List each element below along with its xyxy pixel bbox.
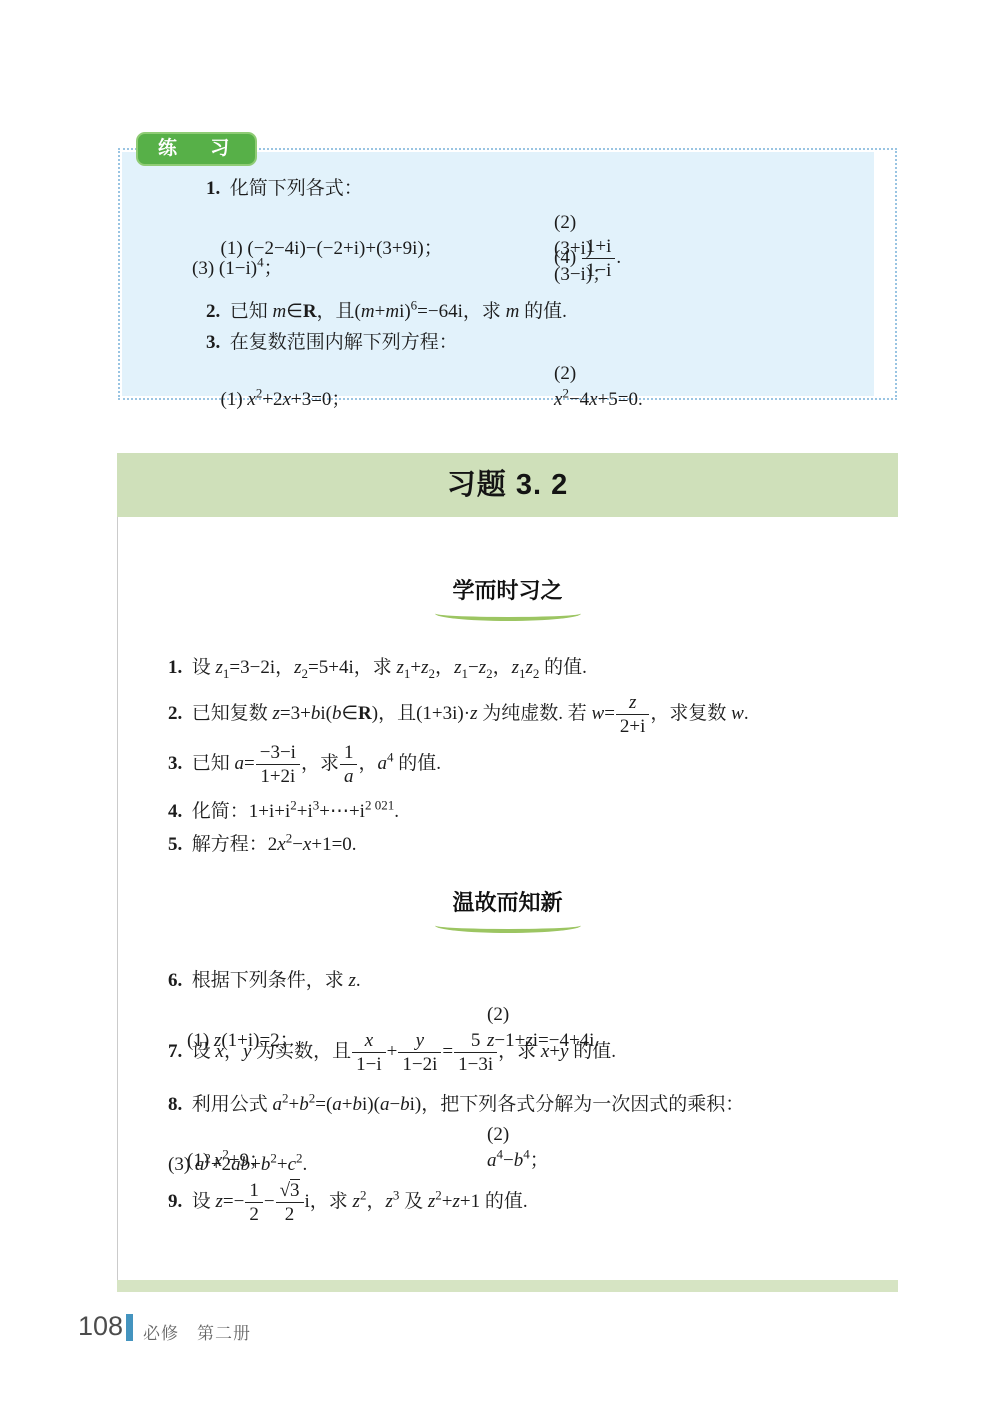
practice-problem-3-item-2: (2) x2−4x+5=0.: [554, 361, 643, 413]
footer-divider: [126, 1314, 133, 1341]
problem-1: 1. 设 z1=3−2i，z2=5+4i，求 z1+z2，z1−z2，z1z2 …: [168, 655, 587, 681]
section-bottom-bar: [117, 1280, 898, 1292]
practice-box: 练 习 1. 化简下列各式： (1) (−2−4i)−(−2+i)+(3+9i)…: [118, 148, 897, 400]
practice-problem-1-item-4: (4) 1+i1−i.: [554, 236, 621, 281]
problem-5: 5. 解方程：2x2−x+1=0.: [168, 832, 357, 858]
practice-label-tab: 练 习: [136, 132, 257, 166]
section-label-review-text: 温故而知新: [452, 890, 562, 915]
problem-6-stem: 6. 根据下列条件，求 z.: [168, 968, 361, 994]
book-title: 必修 第二册: [143, 1319, 251, 1344]
problem-2: 2. 已知复数 z=3+bi(b∈R)，且(1+3i)·z 为纯虚数. 若 w=…: [168, 692, 749, 737]
swoosh-underline-icon: [435, 918, 581, 933]
textbook-page: 练 习 1. 化简下列各式： (1) (−2−4i)−(−2+i)+(3+9i)…: [0, 0, 1000, 1422]
practice-problem-1-stem: 1. 化简下列各式：: [206, 176, 363, 202]
problem-9: 9. 设 z=−12−√32i，求 z2，z3 及 z2+z+1 的值.: [168, 1180, 528, 1225]
practice-problem-3-row-1: (1) x2+2x+3=0； (2) x2−4x+5=0.: [192, 361, 350, 465]
swoosh-underline-icon: [435, 606, 581, 621]
problem-4: 4. 化简：1+i+i2+i3+⋯+i2 021.: [168, 799, 399, 825]
problem-8-item-3: (3) a2+2ab+b2+c2.: [168, 1152, 307, 1178]
problem-8-item-2: (2) a4−b4；: [487, 1122, 549, 1174]
section-label-learn: 学而时习之: [117, 574, 898, 621]
problem-3: 3. 已知 a=−3−i1+2i，求1a，a4 的值.: [168, 742, 441, 787]
practice-problem-1-item-3: (3) (1−i)4；: [192, 256, 283, 282]
section-label-review: 温故而知新: [117, 886, 898, 933]
exercise-title: 习题 3. 2: [447, 453, 568, 517]
practice-problem-3-stem: 3. 在复数范围内解下列方程：: [206, 330, 458, 356]
page-number: 108: [78, 1311, 123, 1342]
practice-problem-2: 2. 已知 m∈R，且(m+mi)6=−64i，求 m 的值.: [206, 299, 567, 325]
practice-problem-3-item-1: (1) x2+2x+3=0；: [221, 389, 351, 410]
problem-8-stem: 8. 利用公式 a2+b2=(a+bi)(a−bi)，把下列各式分解为一次因式的…: [168, 1092, 744, 1118]
problem-7: 7. 设 x，y 为实数，且x1−i+y1−2i=51−3i，求 x+y 的值.: [168, 1030, 616, 1075]
section-label-learn-text: 学而时习之: [452, 578, 562, 603]
